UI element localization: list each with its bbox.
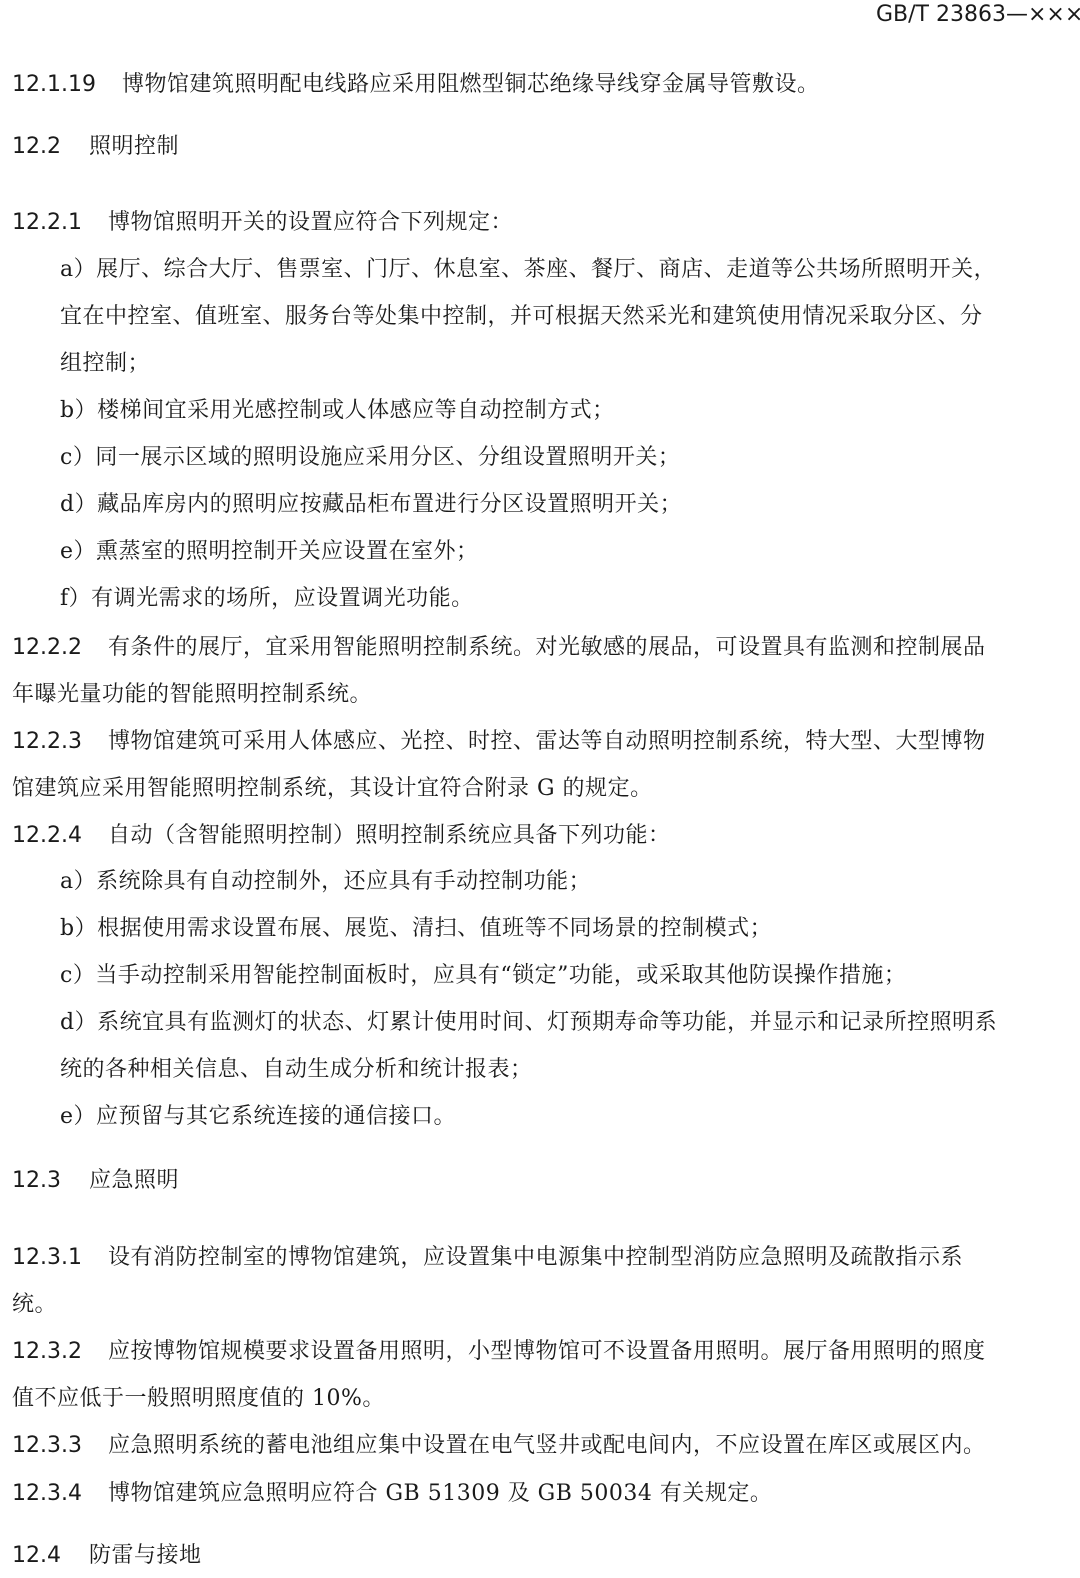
clause-12-3-3: 12.3.3应急照明系统的蓄电池组应集中设置在电气竖井或配电间内，不应设置在库区…: [12, 1431, 986, 1461]
list-item-a-cont: 组控制；: [60, 349, 150, 379]
document-page: GB/T 23863—××× 12.1.19博物馆建筑照明配电线路应采用阻燃型铜…: [0, 0, 1080, 1578]
clause-text: 博物馆建筑应急照明应符合 GB 51309 及 GB 50034 有关规定。: [108, 1481, 772, 1506]
section-title: 防雷与接地: [89, 1543, 202, 1568]
clause-12-3-2-cont: 值不应低于一般照明照度值的 10%。: [12, 1384, 385, 1414]
clause-number: 12.3.1: [12, 1243, 82, 1273]
clause-number: 12.3.4: [12, 1479, 82, 1509]
clause-12-3-1: 12.3.1设有消防控制室的博物馆建筑，应设置集中电源集中控制型消防应急照明及疏…: [12, 1243, 963, 1273]
list-item-a: a）展厅、综合大厅、售票室、门厅、休息室、茶座、餐厅、商店、走道等公共场所照明开…: [60, 255, 996, 285]
clause-12-2-2: 12.2.2有条件的展厅，宜采用智能照明控制系统。对光敏感的展品，可设置具有监测…: [12, 633, 986, 663]
list-item-c: c）当手动控制采用智能控制面板时，应具有“锁定”功能，或采取其他防误操作措施；: [60, 961, 906, 991]
list-item-d: d）系统宜具有监测灯的状态、灯累计使用时间、灯预期寿命等功能，并显示和记录所控照…: [60, 1008, 997, 1038]
clause-12-2-4: 12.2.4自动（含智能照明控制）照明控制系统应具备下列功能：: [12, 821, 671, 851]
clause-number: 12.2.3: [12, 727, 82, 757]
list-item-d-cont: 统的各种相关信息、自动生成分析和统计报表；: [60, 1055, 533, 1085]
section-heading-12-2: 12.2照明控制: [12, 132, 179, 162]
clause-12-3-2: 12.3.2应按博物馆规模要求设置备用照明，小型博物馆可不设置备用照明。展厅备用…: [12, 1337, 986, 1367]
list-item-d: d）藏品库房内的照明应按藏品柜布置进行分区设置照明开关；: [60, 490, 682, 520]
clause-12-3-1-cont: 统。: [12, 1290, 57, 1320]
section-number: 12.4: [12, 1541, 61, 1571]
clause-number: 12.2.4: [12, 821, 82, 851]
list-item-e: e）应预留与其它系统连接的通信接口。: [60, 1102, 456, 1132]
section-heading-12-4: 12.4防雷与接地: [12, 1541, 202, 1571]
list-item-a: a）系统除具有自动控制外，还应具有手动控制功能；: [60, 867, 591, 897]
list-item-c: c）同一展示区域的照明设施应采用分区、分组设置照明开关；: [60, 443, 680, 473]
clause-text: 应按博物馆规模要求设置备用照明，小型博物馆可不设置备用照明。展厅备用照明的照度: [108, 1339, 986, 1364]
section-number: 12.2: [12, 132, 61, 162]
list-item-b: b）根据使用需求设置布展、展览、清扫、值班等不同场景的控制模式；: [60, 914, 772, 944]
document-code-header: GB/T 23863—×××: [876, 2, 1080, 27]
section-title: 照明控制: [89, 134, 179, 159]
clause-number: 12.3.2: [12, 1337, 82, 1367]
clause-text: 博物馆建筑可采用人体感应、光控、时控、雷达等自动照明控制系统，特大型、大型博物: [108, 729, 986, 754]
clause-12-2-3: 12.2.3博物馆建筑可采用人体感应、光控、时控、雷达等自动照明控制系统，特大型…: [12, 727, 986, 757]
clause-number: 12.1.19: [12, 70, 96, 100]
clause-number: 12.2.1: [12, 208, 82, 238]
clause-12-2-3-cont: 馆建筑应采用智能照明控制系统，其设计宜符合附录 G 的规定。: [12, 774, 653, 804]
clause-text: 自动（含智能照明控制）照明控制系统应具备下列功能：: [108, 823, 671, 848]
section-heading-12-3: 12.3应急照明: [12, 1166, 179, 1196]
clause-12-2-2-cont: 年曝光量功能的智能照明控制系统。: [12, 680, 372, 710]
clause-text: 应急照明系统的蓄电池组应集中设置在电气竖井或配电间内，不应设置在库区或展区内。: [108, 1433, 986, 1458]
clause-12-2-1: 12.2.1博物馆照明开关的设置应符合下列规定：: [12, 208, 513, 238]
list-item-a-cont: 宜在中控室、值班室、服务台等处集中控制，并可根据天然采光和建筑使用情况采取分区、…: [60, 302, 983, 332]
clause-text: 博物馆照明开关的设置应符合下列规定：: [108, 210, 513, 235]
list-item-b: b）楼梯间宜采用光感控制或人体感应等自动控制方式；: [60, 396, 615, 426]
clause-text: 设有消防控制室的博物馆建筑，应设置集中电源集中控制型消防应急照明及疏散指示系: [108, 1245, 963, 1270]
list-item-e: e）熏蒸室的照明控制开关应设置在室外；: [60, 537, 479, 567]
clause-number: 12.2.2: [12, 633, 82, 663]
list-item-f: f）有调光需求的场所，应设置调光功能。: [60, 584, 474, 614]
clause-text: 有条件的展厅，宜采用智能照明控制系统。对光敏感的展品，可设置具有监测和控制展品: [108, 635, 986, 660]
clause-text: 博物馆建筑照明配电线路应采用阻燃型铜芯绝缘导线穿金属导管敷设。: [122, 72, 820, 97]
section-title: 应急照明: [89, 1168, 179, 1193]
section-number: 12.3: [12, 1166, 61, 1196]
clause-number: 12.3.3: [12, 1431, 82, 1461]
clause-12-3-4: 12.3.4博物馆建筑应急照明应符合 GB 51309 及 GB 50034 有…: [12, 1479, 772, 1509]
clause-12-1-19: 12.1.19博物馆建筑照明配电线路应采用阻燃型铜芯绝缘导线穿金属导管敷设。: [12, 70, 820, 100]
